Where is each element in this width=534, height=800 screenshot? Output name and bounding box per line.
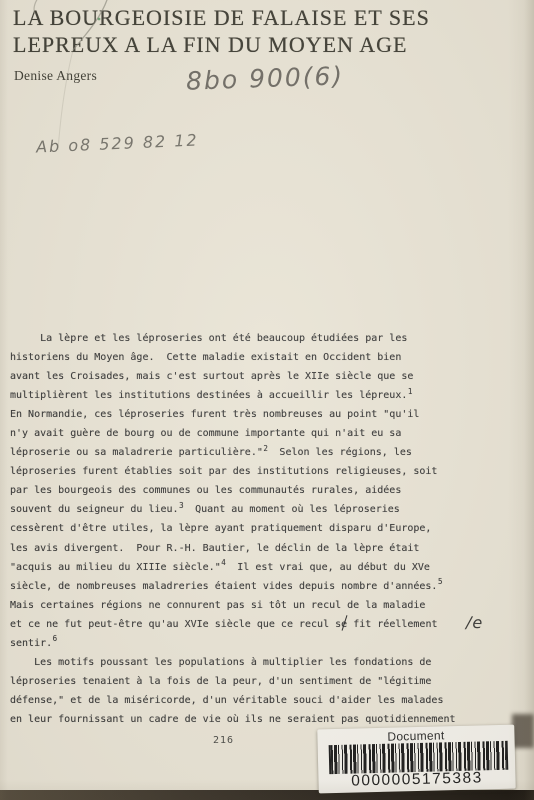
author-name: Denise Angers — [14, 68, 97, 84]
footnote-reference: 5 — [438, 577, 443, 586]
text-line: léproseries furent établies soit par des… — [10, 466, 510, 485]
footnote-reference: 6 — [53, 634, 58, 643]
text-line: sentir.6 — [10, 638, 510, 657]
handwritten-catalog-number: Ab o8 529 82 12 — [36, 130, 199, 156]
text-line: cessèrent d'être utiles, la lèpre ayant … — [10, 523, 510, 542]
body-text: La lèpre et les léproseries ont été beau… — [10, 333, 510, 733]
text-line: léproserie ou sa maladrerie particulière… — [10, 447, 510, 466]
text-line: défense," et de la miséricorde, d'un vér… — [10, 695, 510, 714]
scanned-document-page: LA BOURGEOISIE DE FALAISE ET SES LEPREUX… — [0, 0, 534, 800]
text-line: n'y avait guère de bourg ou de commune i… — [10, 428, 510, 447]
text-line: En Normandie, ces léproseries furent trè… — [10, 409, 510, 428]
text-line: les avis divergent. Pour R.-H. Bautier, … — [10, 543, 510, 562]
text-line: et ce ne fut peut-être qu'au XVIe siècle… — [10, 619, 510, 638]
barcode-number: 0000005175383 — [318, 769, 515, 792]
footnote-reference: 1 — [408, 387, 413, 396]
text-line: souvent du seigneur du lieu.3 Quant au m… — [10, 504, 510, 523]
footnote-reference: 3 — [179, 501, 184, 510]
text-line: par les bourgeois des communes ou les co… — [10, 485, 510, 504]
text-line: siècle, de nombreuses maladreries étaien… — [10, 581, 510, 600]
text-line: "acquis au milieu du XIIIe siècle."4 Il … — [10, 562, 510, 581]
footnote-reference: 4 — [221, 558, 226, 567]
scan-edge-band — [0, 790, 534, 800]
text-line: avant les Croisades, mais c'est surtout … — [10, 371, 510, 390]
handwritten-margin-correction: /e — [466, 613, 484, 633]
library-barcode-sticker: Document 0000005175383 — [317, 725, 516, 794]
footnote-reference: 2 — [263, 444, 268, 453]
text-line: léproseries tenaient à la fois de la peu… — [10, 676, 510, 695]
text-line: Les motifs poussant les populations à mu… — [10, 657, 510, 676]
text-line: Mais certaines régions ne connurent pas … — [10, 600, 510, 619]
article-title: LA BOURGEOISIE DE FALAISE ET SES LEPREUX… — [13, 4, 430, 58]
text-line: historiens du Moyen âge. Cette maladie e… — [10, 352, 510, 371]
page-number: 216 — [213, 735, 234, 746]
struck-character: e — [341, 619, 347, 630]
scan-shadow-patch — [512, 714, 534, 748]
article-title-line2: LEPREUX A LA FIN DU MOYEN AGE — [13, 31, 430, 58]
text-line: La lèpre et les léproseries ont été beau… — [10, 333, 510, 352]
text-line: multiplièrent les institutions destinées… — [10, 390, 510, 409]
handwritten-shelfmark: 8bo 900(6) — [186, 61, 345, 96]
article-title-line1: LA BOURGEOISIE DE FALAISE ET SES — [13, 4, 430, 31]
